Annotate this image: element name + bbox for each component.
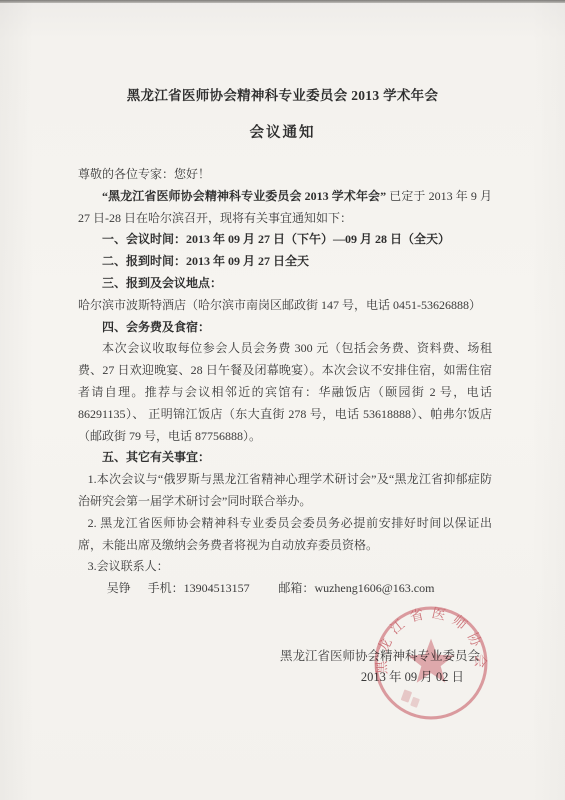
section-5-item-1: 1.本次会议与“俄罗斯与黑龙江省精神心理学术研讨会”及“黑龙江省抑郁症防治研究会… [78, 469, 492, 513]
intro-quoted-title: “黑龙江省医师协会精神科专业委员会 2013 学术年会” [102, 189, 386, 203]
seal-code-mark [401, 689, 412, 702]
contact-email-label: 邮箱： [278, 581, 314, 595]
section-5-item-3: 3.会议联系人： [78, 556, 492, 578]
section-1-meeting-time: 一、会议时间：2013 年 09 月 27 日（下午）—09 月 28 日（全天… [78, 229, 492, 251]
contact-line: 吴铮手机：13904513157邮箱：wuzheng1606@163.com [78, 578, 492, 600]
section-2-checkin-time: 二、报到时间：2013 年 09 月 27 日全天 [78, 251, 492, 273]
section-4-fees: 本次会议收取每位参会人员会务费 300 元（包括会务费、资料费、场租费、27 日… [78, 338, 492, 447]
section-5-item-2: 2. 黑龙江省医师协会精神科专业委员会委员务必提前安排好时间以保证出席，未能出席… [78, 513, 492, 557]
section-3-heading: 三、报到及会议地点： [78, 273, 492, 295]
document-page: 黑龙江省医师协会精神科专业委员会 2013 学术年会 会议通知 尊敬的各位专家：… [0, 0, 565, 800]
contact-email: wuzheng1606@163.com [314, 581, 434, 595]
contact-phone-label: 手机： [148, 581, 184, 595]
section-4-heading: 四、会务费及食宿： [78, 317, 492, 339]
contact-name: 吴铮 [107, 581, 131, 595]
page-subtitle: 会议通知 [0, 121, 565, 142]
seal-code-mark [410, 697, 420, 708]
section-5-heading: 五、其它有关事宜： [78, 447, 492, 469]
letter-body: 尊敬的各位专家：您好！ “黑龙江省医师协会精神科专业委员会 2013 学术年会”… [78, 164, 492, 600]
section-3-location: 哈尔滨市波斯特酒店（哈尔滨市南岗区邮政街 147 号，电话 0451-53626… [78, 295, 492, 317]
intro-paragraph: “黑龙江省医师协会精神科专业委员会 2013 学术年会” 已定于 2013 年 … [78, 186, 492, 230]
salutation: 尊敬的各位专家：您好！ [78, 164, 492, 186]
contact-phone: 13904513157 [184, 581, 250, 595]
scan-edge-top [0, 0, 565, 3]
page-title: 黑龙江省医师协会精神科专业委员会 2013 学术年会 [0, 0, 565, 104]
seal-star-icon [408, 639, 454, 683]
official-seal: 黑龙江省医师协会 [372, 604, 490, 722]
